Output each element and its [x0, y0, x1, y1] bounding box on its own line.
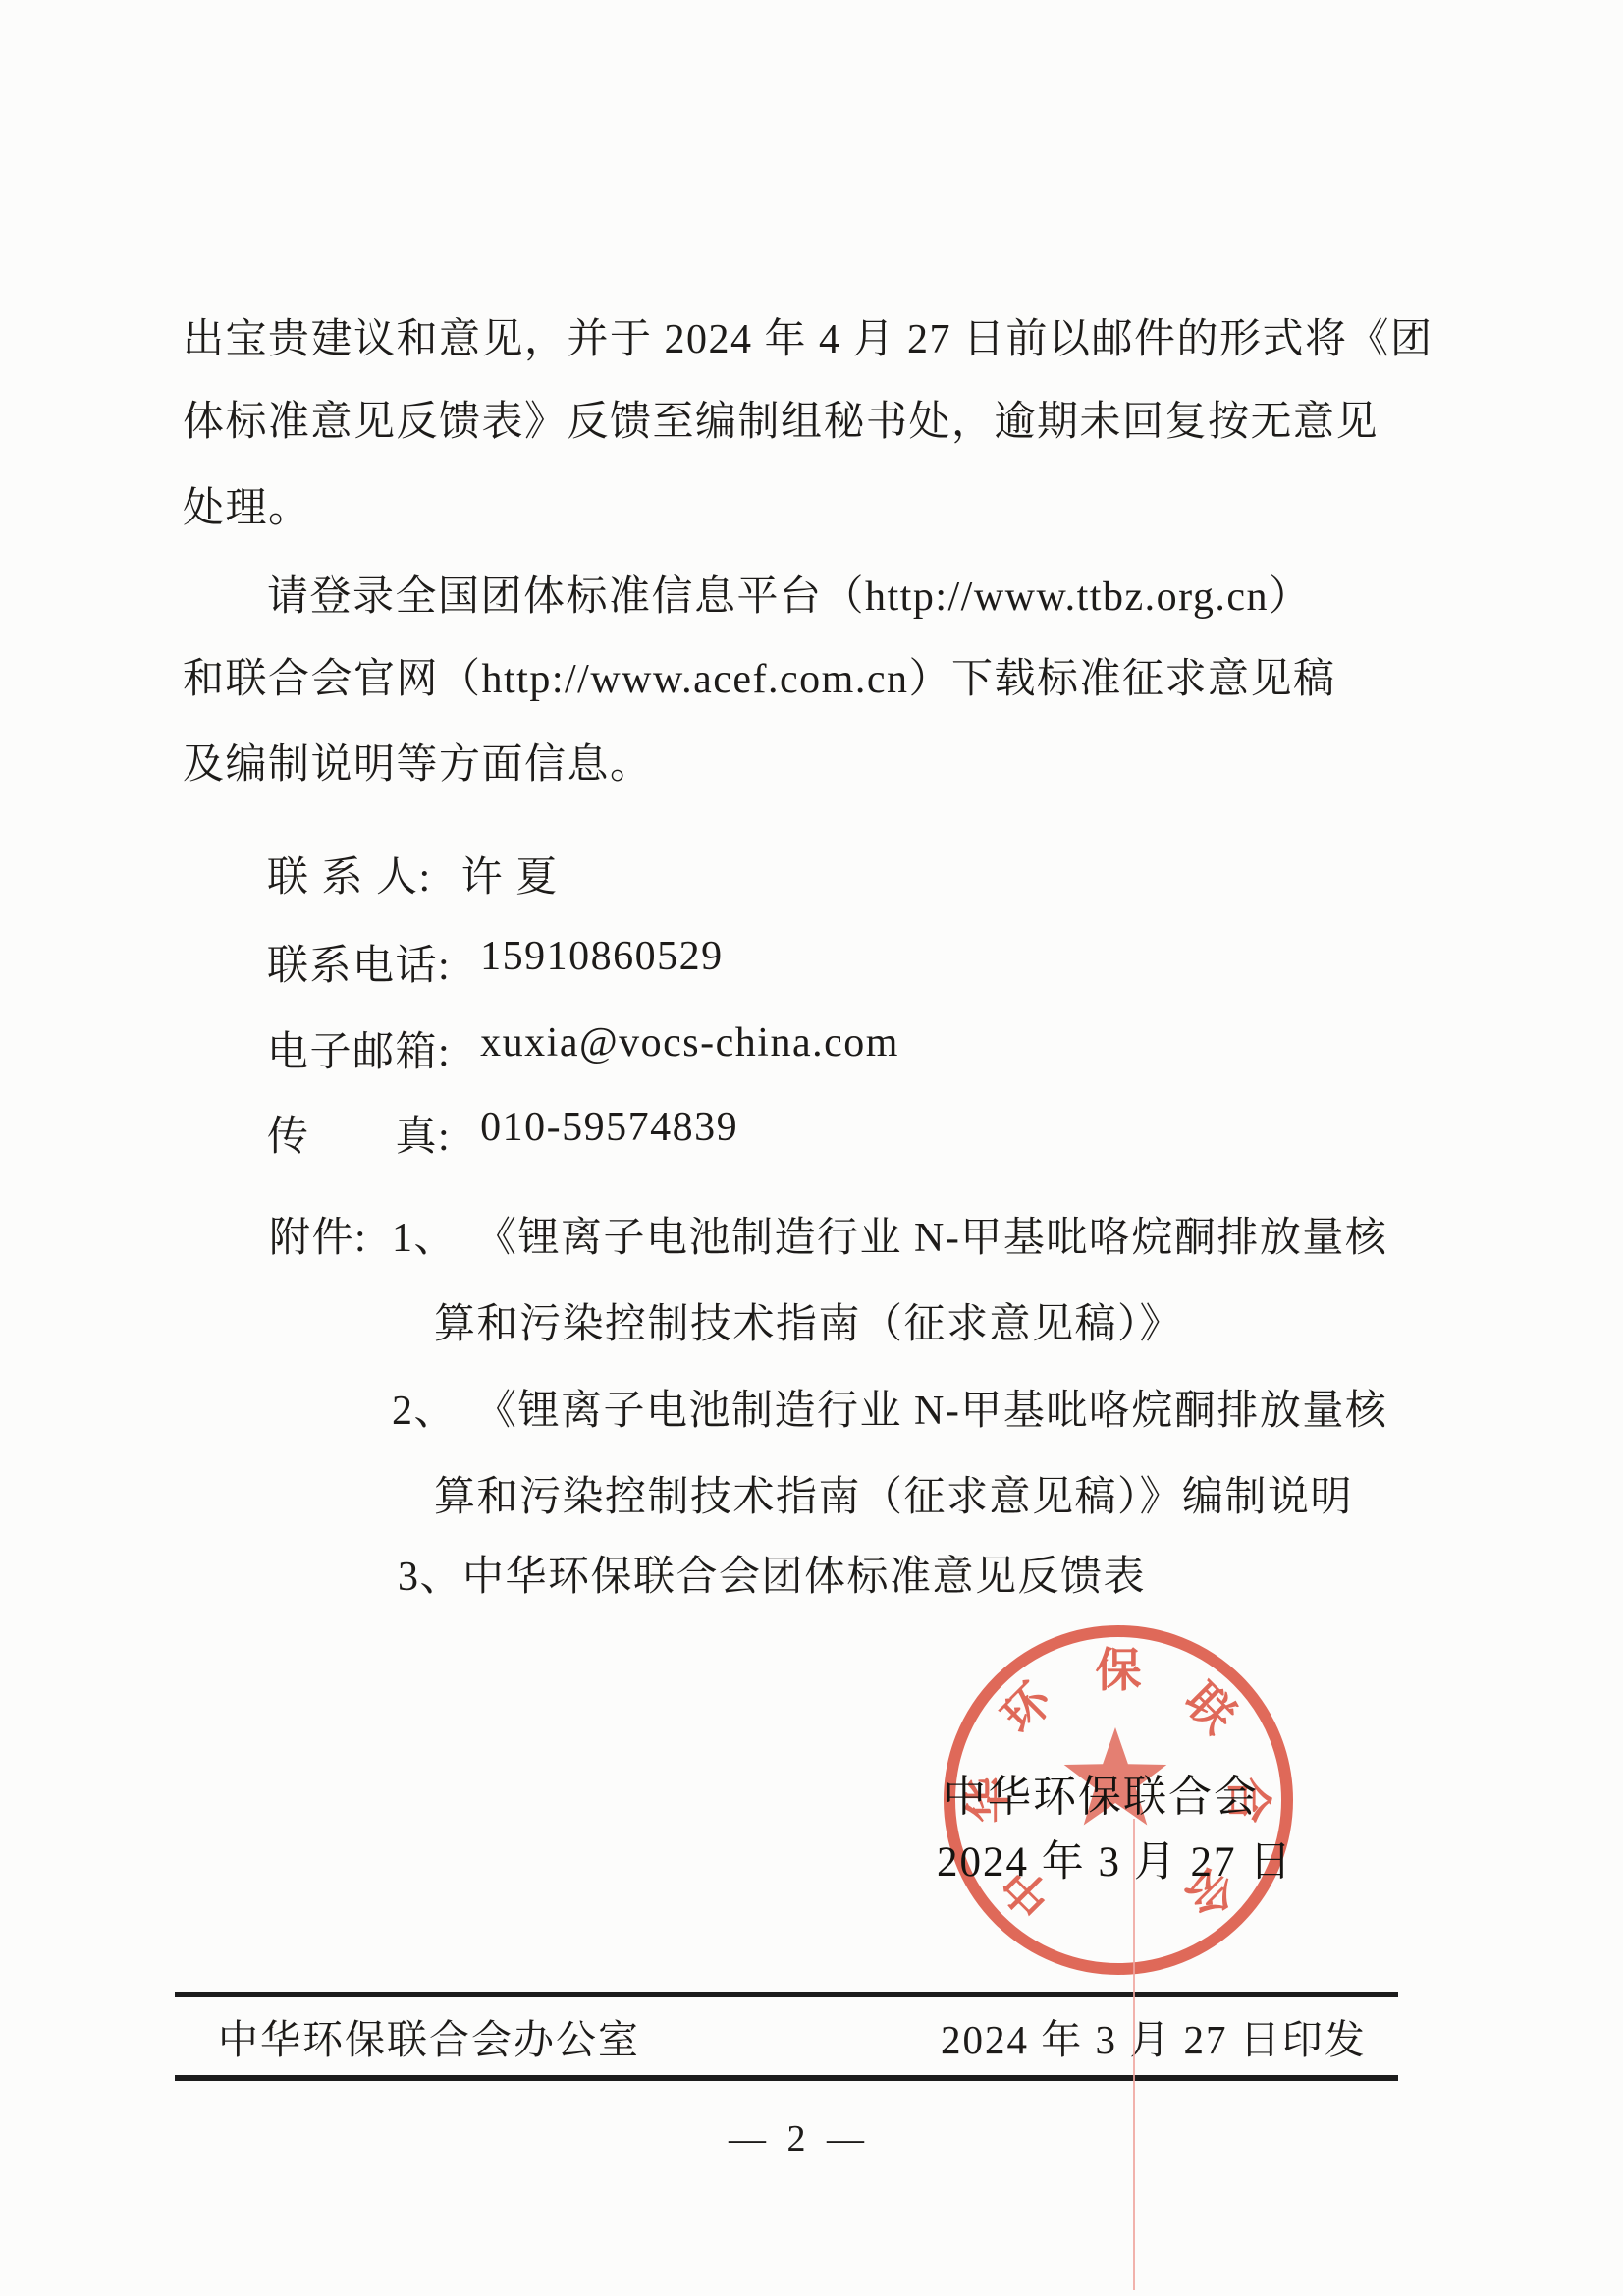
page-number: — 2 —	[0, 2117, 1598, 2160]
contact-email-label: 电子邮箱:	[267, 1019, 451, 1078]
seal-arc-char: 保	[1096, 1646, 1142, 1697]
scan-artifact-line	[1133, 1819, 1135, 2290]
attachments-label: 附件:	[269, 1215, 367, 1262]
seal-arc-char: 联	[1175, 1674, 1244, 1743]
contact-email-row: 电子邮箱: xuxia@vocs-china.com	[267, 1019, 899, 1078]
body-line-platform-url: 请登录全国团体标准信息平台（http://www.ttbz.org.cn）	[267, 574, 1311, 621]
contact-phone-value: 15910860529	[480, 933, 724, 992]
contact-phone-label: 联系电话:	[267, 933, 451, 992]
body-line-acef-url: 和联合会官网（http://www.acef.com.cn）下载标准征求意见稿	[183, 656, 1335, 703]
body-line: 体标准意见反馈表》反馈至编制组秘书处，逾期未回复按无意见	[183, 399, 1379, 446]
footer-print-date: 2024 年 3 月 27 日印发	[941, 2017, 1367, 2063]
signature-org: 中华环保联合会	[943, 1761, 1259, 1824]
attachment-2-number: 2、	[392, 1388, 457, 1435]
attachment-2-title-line1: 《锂离子电池制造行业 N-甲基吡咯烷酮排放量核	[475, 1388, 1387, 1435]
contact-person-row: 联 系 人: 许 夏	[267, 845, 559, 903]
document-page: 出宝贵建议和意见，并于 2024 年 4 月 27 日前以邮件的形式将《团 体标…	[0, 0, 1623, 2296]
body-line: 出宝贵建议和意见，并于 2024 年 4 月 27 日前以邮件的形式将《团	[183, 316, 1434, 363]
contact-fax-label: 传 真:	[267, 1104, 451, 1163]
attachment-3-number: 3、	[398, 1554, 462, 1601]
contact-fax-value: 010-59574839	[480, 1104, 738, 1163]
contact-email-value: xuxia@vocs-china.com	[480, 1019, 899, 1078]
attachment-1-title-line1: 《锂离子电池制造行业 N-甲基吡咯烷酮排放量核	[475, 1215, 1387, 1262]
attachment-2-title-line2: 算和污染控制技术指南（征求意见稿）》编制说明	[434, 1474, 1353, 1521]
attachment-1-number: 1、	[392, 1215, 457, 1262]
contact-person-label: 联 系 人:	[267, 845, 432, 903]
body-line: 处理。	[183, 485, 311, 532]
body-line: 及编制说明等方面信息。	[183, 741, 653, 789]
footer-rule-bottom	[175, 2075, 1398, 2081]
footer-issuing-office: 中华环保联合会办公室	[218, 2017, 640, 2063]
contact-phone-row: 联系电话: 15910860529	[267, 933, 724, 992]
attachment-3-title: 中华环保联合会团体标准意见反馈表	[462, 1554, 1146, 1601]
footer-rule-top	[175, 1992, 1398, 1997]
signature-date: 2024 年 3 月 27 日	[937, 1829, 1293, 1888]
attachment-1-title-line2: 算和污染控制技术指南（征求意见稿）》	[434, 1301, 1182, 1348]
contact-person-value: 许 夏	[461, 845, 559, 903]
contact-fax-row: 传 真: 010-59574839	[267, 1104, 738, 1163]
